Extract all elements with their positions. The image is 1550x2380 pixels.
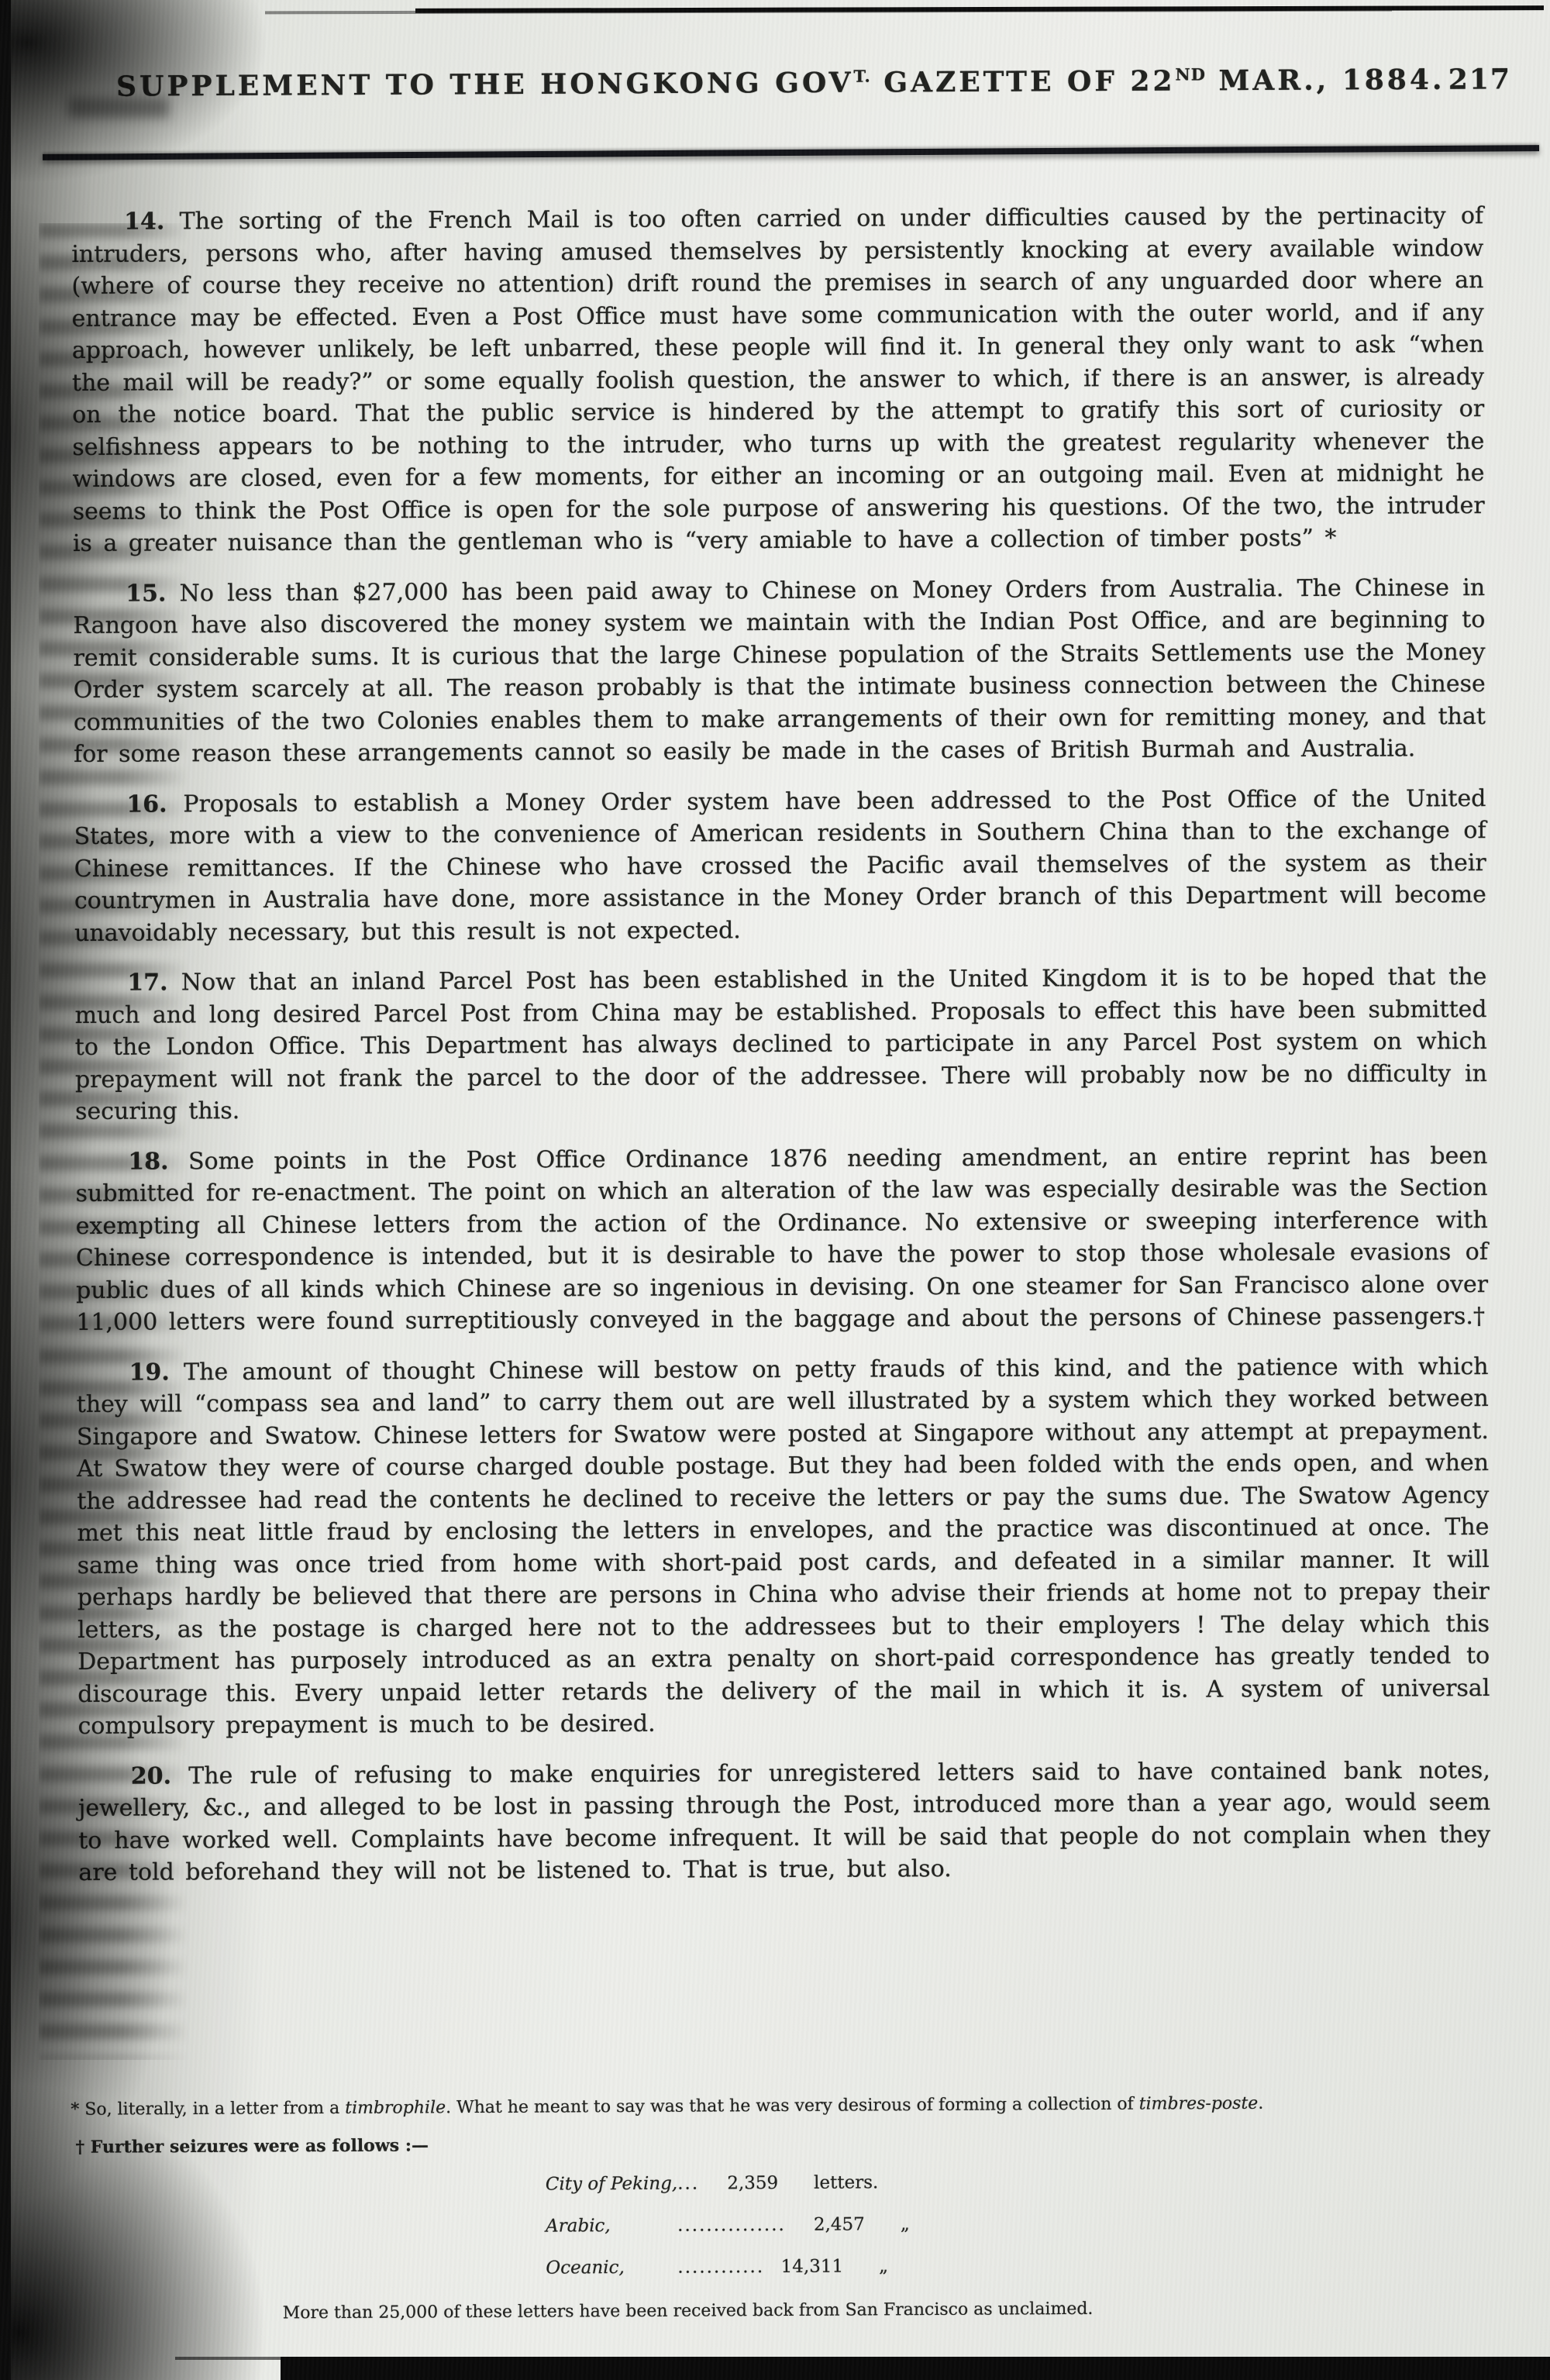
paragraph-15: 15. No less than $27,000 has been paid a… — [73, 572, 1486, 771]
footnote-timbrophile-end: . — [1258, 2094, 1263, 2113]
paragraph-15-text: No less than $27,000 has been paid away … — [73, 574, 1486, 768]
paragraph-17-text: Now that an inland Parcel Post has been … — [74, 963, 1486, 1125]
paragraph-19-text: The amount of thought Chinese will besto… — [77, 1353, 1490, 1740]
paragraph-14-number: 14. — [124, 208, 164, 235]
paragraph-18-number: 18. — [128, 1148, 168, 1175]
ship-name: Oceanic, — [546, 2247, 677, 2289]
paragraph-15-number: 15. — [126, 580, 166, 607]
report-body: 14. The sorting of the French Mail is to… — [71, 200, 1491, 1906]
scan-left-edge — [0, 0, 11, 2380]
leader-dots: ............ — [677, 2246, 764, 2289]
paragraph-14-text: The sorting of the French Mail is too of… — [71, 202, 1485, 557]
scanned-gazette-page: SUPPLEMENT TO THE HONGKONG GOVT. GAZETTE… — [0, 0, 1550, 2380]
leader-dots: ............... — [677, 2204, 786, 2247]
paragraph-20-text: The rule of refusing to make enquiries f… — [78, 1757, 1490, 1886]
letter-count: 14,311 — [772, 2246, 843, 2288]
scan-bottom-line — [175, 2357, 285, 2360]
seizure-table: City of Peking, ... 2,359letters. Arabic… — [546, 2158, 1484, 2289]
footnote-timbrophile-term: timbrophile — [345, 2098, 446, 2118]
ship-name: Arabic, — [546, 2205, 677, 2247]
paragraph-20: 20. The rule of refusing to make enquiri… — [78, 1755, 1491, 1889]
paragraph-14: 14. The sorting of the French Mail is to… — [71, 200, 1485, 560]
paragraph-18-text: Some points in the Post Office Ordinance… — [75, 1142, 1488, 1336]
count-unit: letters. — [814, 2161, 878, 2203]
header-rule — [43, 145, 1539, 160]
footnote-block: * So, literally, in a letter from a timb… — [71, 2090, 1484, 2327]
paragraph-20-number: 20. — [131, 1762, 171, 1789]
page-number: 217 — [1448, 63, 1511, 95]
paragraph-18: 18. Some points in the Post Office Ordin… — [75, 1140, 1488, 1339]
page-header: SUPPLEMENT TO THE HONGKONG GOVT. GAZETTE… — [116, 63, 1511, 102]
footnote-closing: More than 25,000 of these letters have b… — [283, 2295, 1484, 2326]
ship-name: City of Peking, — [546, 2163, 678, 2206]
footnote-timbrophile-mid: . What he meant to say was that he was v… — [446, 2095, 1139, 2118]
scan-bottom-edge — [281, 2357, 1550, 2380]
header-title-part2: GAZETTE OF 22 — [871, 65, 1176, 99]
footnote-timbrophile: * So, literally, in a letter from a timb… — [71, 2090, 1483, 2123]
paragraph-16: 16. Proposals to establish a Money Order… — [74, 783, 1486, 949]
letter-count: 2,359 — [707, 2162, 778, 2204]
leader-dots: ... — [677, 2163, 699, 2205]
scan-top-edge-line — [415, 5, 1544, 13]
count-unit: „ — [901, 2203, 910, 2245]
header-title-sup-t: T. — [853, 67, 870, 86]
count-unit: „ — [879, 2245, 888, 2287]
footnote-timbres-poste-term: timbres-poste — [1139, 2094, 1259, 2114]
paragraph-16-number: 16. — [126, 790, 167, 818]
header-title-part1: SUPPLEMENT TO THE HONGKONG GOV — [116, 67, 854, 103]
letter-count: 2,457 — [794, 2203, 865, 2245]
footnote-timbrophile-pre: * So, literally, in a letter from a — [71, 2099, 345, 2120]
paragraph-19: 19. The amount of thought Chinese will b… — [76, 1351, 1490, 1743]
paragraph-17: 17. Now that an inland Parcel Post has b… — [74, 961, 1487, 1128]
seizure-row-arabic: Arabic,...............2,457„ — [546, 2200, 1483, 2247]
footnote-seizures-intro: † Further seizures were as follows :— — [75, 2127, 1483, 2160]
header-title-sup-nd: ND — [1175, 64, 1206, 84]
header-title-part3: MAR., 1884. — [1206, 64, 1445, 98]
seizure-row-city-of-peking: City of Peking, ... 2,359letters. — [546, 2158, 1483, 2205]
paragraph-16-text: Proposals to establish a Money Order sys… — [74, 785, 1486, 947]
paragraph-19-number: 19. — [129, 1359, 169, 1386]
header-title: SUPPLEMENT TO THE HONGKONG GOVT. GAZETTE… — [116, 64, 1445, 103]
paragraph-17-number: 17. — [127, 969, 167, 996]
seizure-row-oceanic: Oceanic, ............14,311„ — [546, 2242, 1483, 2289]
